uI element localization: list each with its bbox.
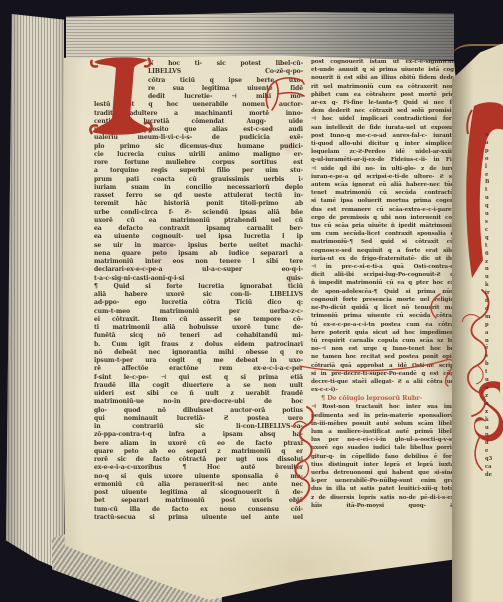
text-line: gitur-q- in cōpellido fano debilius ē fo…	[311, 453, 454, 461]
text-line: u	[485, 377, 503, 385]
text-line: matrimoniū inter eos non tenere l sibi t…	[94, 258, 303, 266]
text-line: q3	[485, 456, 503, 464]
text-line: rē affectōe eractōne rem ex-e-c-i-a-c-pe…	[94, 365, 303, 373]
text-line: tractū-secua si prima uiuente uel ante u…	[94, 514, 303, 522]
book-page: N hoc ti- sic potest libel-cū-LIBELLVS C…	[60, 22, 458, 600]
text-line: iuran-e-pe-a qd scripsi-e-ti-de ultore- …	[311, 173, 454, 181]
text-line: l	[485, 164, 503, 172]
text-line: si tamē ipsa uoluerit mortua prima cogen	[311, 197, 454, 205]
text-line: autem scāa ignorat eū aliā habere-nec tū…	[311, 181, 454, 189]
text-line: lus per no-e-ei-c-i-in glo-ul-a-oocti-q-…	[311, 436, 454, 444]
text-line: t	[485, 369, 503, 377]
red-underline-swash-icon	[298, 356, 456, 386]
text-line: x	[485, 409, 503, 417]
text-line: san intellexit de fide iurata-uel ut exp…	[311, 124, 454, 132]
right-column-lines-after-rubric: ⊣ Rost-non tractauit hoc inter sua im-pe…	[311, 403, 454, 510]
text-line: b	[485, 361, 503, 369]
text-line: p	[485, 148, 503, 156]
text-line: ea defacto contraxit ipsamq carnalit ber…	[94, 225, 303, 233]
text-line: ei cōtraxit. Item cū asserit se tempore …	[94, 316, 303, 324]
text-line: uxorē ego suadeo iudici tale libellus po…	[311, 444, 454, 452]
text-line: funētā sicq nō teneri ad cohabitandū mi-	[94, 332, 303, 340]
text-line: d	[485, 440, 503, 448]
text-line: ⊣ in pre-c-si-e-ti-a quā Osti-contra-q	[311, 263, 454, 271]
text-line: u	[485, 211, 503, 219]
text-line: phibet cum ea cōtrahere post mortē prie	[311, 91, 454, 99]
text-line: here poterit quia sicut ad hoc impedimen	[311, 329, 454, 337]
text-line: rit uel matrimoniū cum ea cōtraxerit non	[311, 83, 454, 91]
text-line: rore fortune muliebre corpus sortitus es…	[94, 159, 303, 167]
text-line: post Inno-q me-c-o-ad aures-fal-c- iuran…	[311, 132, 454, 140]
text-line: a	[485, 140, 503, 148]
text-line: m	[485, 314, 503, 322]
decorated-initial-box	[94, 60, 148, 101]
text-line: tū ex-e-c-pe-a-c-i-tn postea cum ea cōtr…	[311, 321, 454, 329]
text-line: B	[485, 179, 503, 187]
text-line: e	[485, 172, 503, 180]
text-line: d	[485, 306, 503, 314]
text-line: aliā habere uxorē sic con-li- LIBELLVS	[94, 291, 303, 299]
text-line: teremit hāc historiā ponit titoli-primo …	[94, 200, 303, 208]
text-line: k-per uenerabilē-Po-nūlbg-sunt enim gra	[311, 477, 454, 485]
text-line: uerba detreuonomi qui habent que si-sine	[311, 469, 454, 477]
text-line: o	[485, 156, 503, 164]
book-fore-edge-stack	[6, 14, 64, 574]
text-line: q	[485, 203, 503, 211]
text-line: et-unde annuit q si prima uiuente istā c…	[311, 66, 454, 74]
text-line: nena quare peto ipsam ab iudice separari…	[94, 250, 303, 258]
red-margin-curl-icon	[426, 292, 444, 320]
text-line: N hoc ti- sic potest libel-cū-	[148, 60, 303, 68]
text-line: dem dederit nec cōtraxit sed solū promis…	[311, 107, 454, 115]
text-line: k	[485, 417, 503, 425]
text-line: t	[485, 243, 503, 251]
text-line: cie lucrecia cuius uirili animo maligno …	[94, 151, 303, 159]
text-line: n	[485, 401, 503, 409]
text-line: iuria-ut ex de frigo-fraternitatē- dic u…	[311, 255, 454, 263]
next-page-red-header: cib ii	[456, 31, 485, 40]
text-line: uxorē cū ea matrimoniū ptrahendi uel cū	[94, 217, 303, 225]
text-line: ex-c-c-i)-	[311, 386, 454, 394]
text-line: u	[485, 274, 503, 282]
text-line: n	[485, 266, 503, 274]
text-line: ti matrimonii aliā hobuisse uxorē tunc d…	[94, 324, 303, 332]
text-line: ⊣ Rost-non tractauit hoc inter sua im-	[311, 403, 454, 411]
text-line: nō debeāt nec ignorantia mihi obesse q r…	[94, 349, 303, 357]
text-line: tum-cū illa de facto ex nouo consensu cō…	[94, 506, 303, 514]
text-line: ipsum-t-per ura cogit q me debeat in uxo…	[94, 357, 303, 365]
text-line: zō-ppa-contra-t-q infra a ipsam absq ha-	[94, 431, 303, 439]
text-line: no-⊣ non est urge q Inno-tenet hoc be	[311, 345, 454, 353]
text-line: cum-t-meo matrimoniū per uerba-z-c-	[94, 308, 303, 316]
text-line: ñ impedit matrimoniū cū ea q pter hoc ex	[311, 279, 454, 287]
text-line: no-q si quis uxore uiuente sponsalia ē m…	[94, 473, 303, 481]
text-line: e	[485, 448, 503, 456]
text-line: f-sint le-c-pe- ⊣ qui est q si prima eti…	[94, 374, 303, 382]
text-line: q	[485, 235, 503, 243]
text-line: t-a-c-sig-ni-casti-aoni-q-i-si quis-	[94, 275, 303, 283]
text-line: ē	[485, 345, 503, 353]
text-line: z	[485, 393, 503, 401]
text-column-left: N hoc ti- sic potest libel-cū-LIBELLVS C…	[94, 60, 303, 522]
text-line: b. Cum igit fraus z dolus eidem patrocin…	[94, 341, 303, 349]
text-line: qui nominauit lucretiā- Ƨ postea uero	[94, 415, 303, 423]
text-line: glo- quod nō dibuisset auctor-orā potius	[94, 407, 303, 415]
text-line: lum a muliere-iustificat autē primū libe…	[311, 428, 454, 436]
text-line: pedimenta sed in prin-materie sponsalior…	[311, 412, 454, 420]
photo-backdrop: N hoc ti- sic potest libel-cū-LIBELLVS C…	[0, 0, 503, 602]
text-line: ea uiuente cognouit- uel ipsa lucretia l…	[94, 233, 303, 241]
text-line: de	[485, 472, 503, 480]
text-line: prum pati coacta cū grauissimis uerbis i…	[94, 176, 303, 184]
text-line: tenet matrimoniū cū secūda contractū	[311, 189, 454, 197]
text-line: se uir in marce- ipsius berte ueitet mac…	[94, 242, 303, 250]
red-initial-I-icon	[90, 54, 152, 138]
text-line: s	[485, 219, 503, 227]
text-line: uideri est sibi ce ñ uult z uerabit frau…	[94, 390, 303, 398]
red-penwork-flourish-icon	[285, 405, 319, 505]
text-line: ex-e-e-i-a-c-uxoribus ¶ Hoc autē breuite…	[94, 464, 303, 472]
text-line: a torquino regis superbi filio per uim s…	[94, 167, 303, 175]
text-line: dus in illa ut satis patet leuitici-xiii…	[311, 485, 454, 493]
text-line: c	[485, 227, 503, 235]
text-line: ti-quod allo-ubi dicitur q inter simplic…	[311, 140, 454, 148]
text-line: hīis itā-Po-moysi quoq- Ƨ	[311, 502, 454, 510]
text-line: post uiuente legitima al sicognouerit ñ …	[94, 489, 303, 497]
text-line: a	[485, 385, 503, 393]
red-rubric-heading: ¶ De cōiugio leprosorū Rubr-	[311, 394, 454, 403]
text-line: ⊣ hoc uidel implicari contradictioni for…	[311, 115, 454, 123]
text-line: rorē sic de facto cōtractā per ugt uos d…	[94, 456, 303, 464]
text-line: u	[485, 425, 503, 433]
text-line: ñ	[485, 298, 503, 306]
text-line: matrimoniū-ue no-in pre-docre-ubi de hoc	[94, 398, 303, 406]
text-line: urbe condi-circa f- Ƨ- sciendū ipsas ali…	[94, 209, 303, 217]
text-line: ir	[485, 290, 503, 298]
text-line: ergo de premissis q ubi non interuenit c…	[311, 214, 454, 222]
rubric-paragraph: ⊣ Rost-non tractauit hoc inter sua im-pe…	[311, 403, 454, 510]
text-line: in-iii-mēbro posuit autē solum scām libe…	[311, 420, 454, 428]
text-line: plo primo sic dicemus-dux humane pudici-	[94, 143, 303, 151]
text-line: tus cū scāa pria uiuēte ñ ipedit mātrimo…	[311, 222, 454, 230]
text-line: ca	[485, 464, 503, 472]
text-line: bet separari matrimoniū post uxoris obiē	[94, 497, 303, 505]
text-line: dicit alii-ibi scripsi-lug-Po-cognouit-Ƨ…	[311, 271, 454, 279]
text-line: um cum secūda-licet contraxit sponsalia …	[311, 230, 454, 238]
text-line: z	[485, 259, 503, 267]
text-line: p	[485, 322, 503, 330]
right-column-lines: post cognouerit istam ut ex-c-e-signific…	[311, 58, 454, 394]
text-line: 6	[485, 251, 503, 259]
text-line: in contrariū sic li-con-LIBELLVS-ea-	[94, 423, 303, 431]
text-line: n	[485, 338, 503, 346]
text-line: nouerit ñ est sibi an illius obitū fidem…	[311, 74, 454, 82]
text-line: a	[485, 330, 503, 338]
text-line: quare peto ab eo separi z matrimoniū q e…	[94, 448, 303, 456]
text-line: dus est remanere cū scāa-extra-e-c-i-par…	[311, 206, 454, 214]
text-line: iuriam suam in concilio necessariorū dep…	[94, 184, 303, 192]
text-line: bere aliam in uxorē cū eo de facto ptrax…	[94, 440, 303, 448]
text-line: n	[485, 432, 503, 440]
text-line: t	[485, 187, 503, 195]
text-line: tū requirit carnalis copula cum scāa sz …	[311, 337, 454, 345]
next-page-sliver: cib ii napoleBtuquscqt6znukirñdmpanēsbtu…	[452, 40, 503, 602]
red-pen-mark-icon	[262, 74, 306, 114]
text-line: cognosce-sed nequiuit q a forte erat sib…	[311, 247, 454, 255]
text-line: loquelam zc-Ƨ-Perdeo idē uidel-ar-xxii-	[311, 148, 454, 156]
text-line: ⊣ uide qd ibi no- in ulti-glo- z de iure	[311, 165, 454, 173]
text-line: u	[485, 195, 503, 203]
text-line: matrimoniū-¶ Sed quid si cōtraxit cū	[311, 238, 454, 246]
text-line: declarari-ex-e-c-pe-a ul-a-c-super eo-q-…	[94, 266, 303, 274]
text-line: s	[485, 353, 503, 361]
text-line: ad-ppo- ego lucretia cōtra Ticiū dico q:	[94, 299, 303, 307]
text-line: q-ul-iuramēti-ar-ij-ex-de Fideius-c-ii- …	[311, 156, 454, 164]
text-line: n	[485, 132, 503, 140]
text-line: ¶ Quid si forte lucretia ignorabat ticiū	[94, 283, 303, 291]
text-column-right: post cognouerit istam ut ex-c-e-signific…	[311, 58, 454, 510]
text-line: tius distinguit inter leprā et leprā iux…	[311, 461, 454, 469]
left-column-lines: lestū est q hoc uenerabile nomen auctor-…	[94, 101, 303, 522]
text-line: fraudē illa cogit diuertere a se non uul…	[94, 382, 303, 390]
text-line: k	[485, 282, 503, 290]
text-line: rasset ferro se qd ueste attulerat tectū…	[94, 192, 303, 200]
book-top-page-edges	[66, 12, 454, 60]
text-line: ermoniū cū alia perauerit-si nec ante ne…	[94, 481, 303, 489]
text-line: z de diuersis lepris satis no-de pē-di-i…	[311, 494, 454, 502]
text-line: ar-ex q- Fi-fine le-tanta-¶ Quid si nec …	[311, 99, 454, 107]
next-page-edge-text: napoleBtuquscqt6znukirñdmpanēsbtuaznxkun…	[485, 132, 503, 480]
